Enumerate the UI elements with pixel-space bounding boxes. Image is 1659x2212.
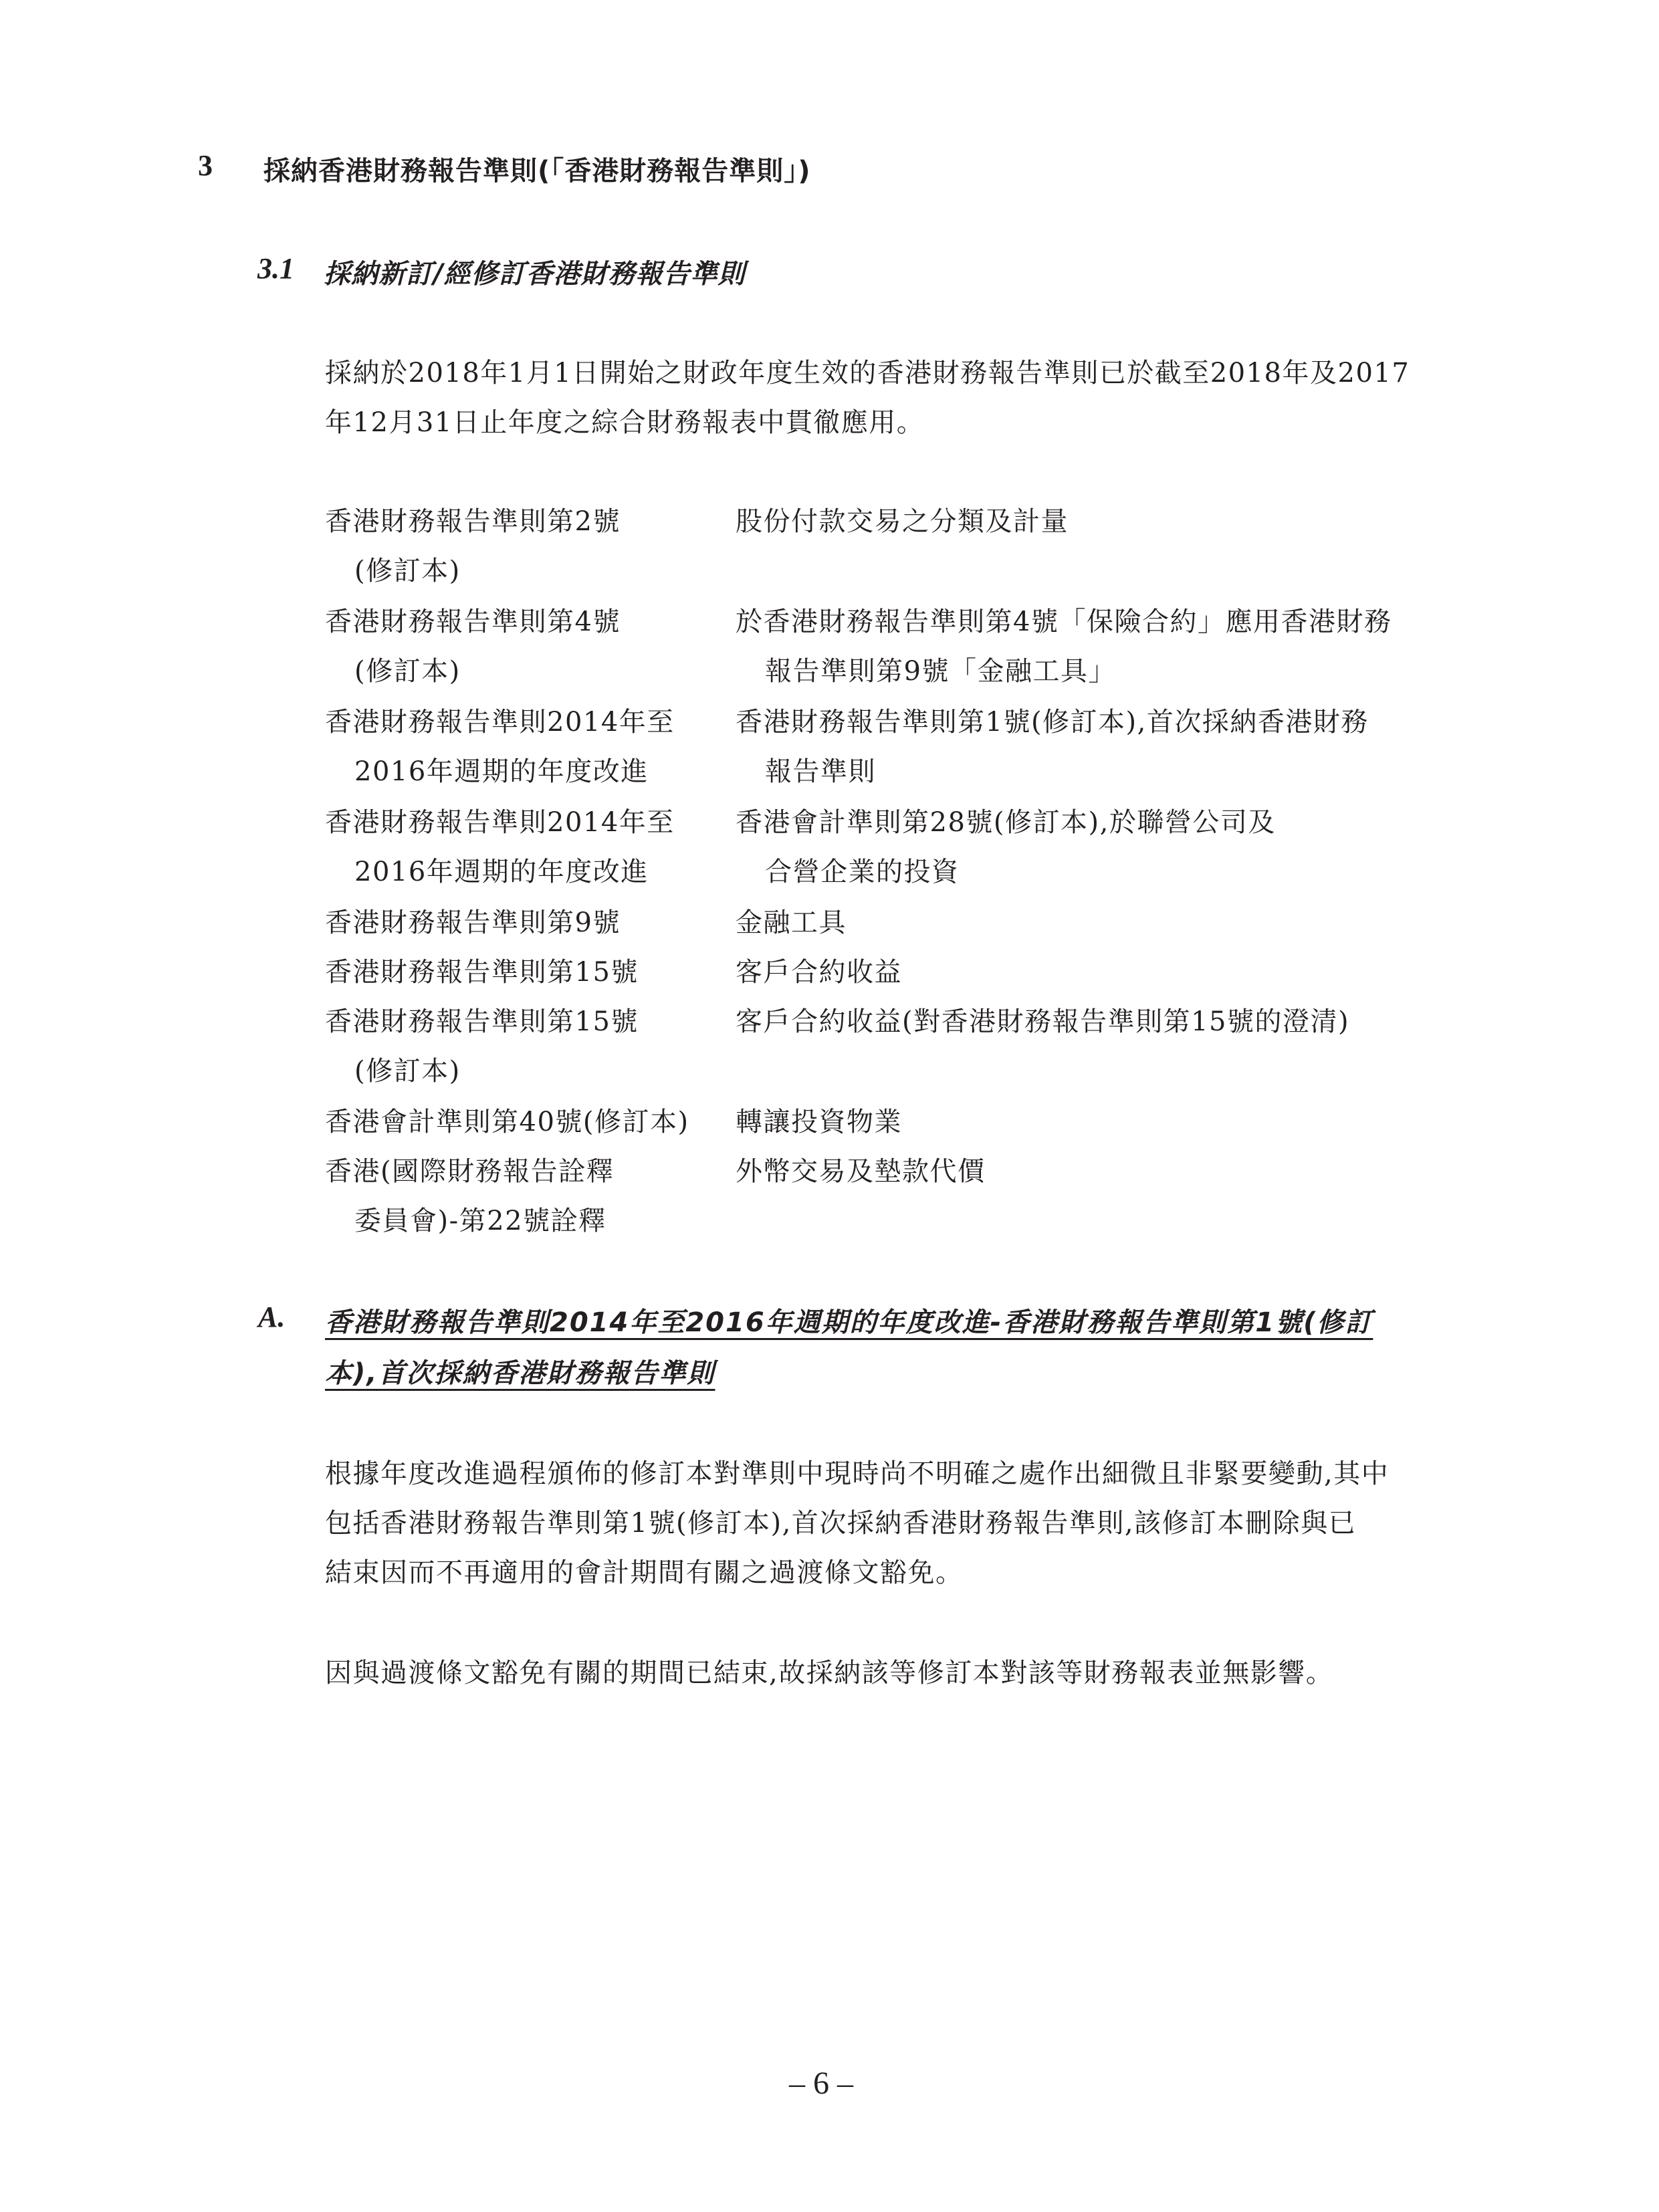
standard-description: 股份付款交易之分類及計量 xyxy=(736,500,1069,538)
table-row-continuation: 2016年週期的年度改進 報告準則 xyxy=(325,750,1462,801)
standard-name-cont: 委員會)-第22號詮釋 xyxy=(325,1200,606,1238)
table-row-continuation: (修訂本) 報告準則第9號「金融工具」 xyxy=(325,650,1462,701)
section-a-para1-line-3: 結束因而不再適用的會計期間有關之過渡條文豁免。 xyxy=(325,1551,964,1589)
standard-description: 轉讓投資物業 xyxy=(736,1101,902,1139)
standard-description-cont: 報告準則第9號「金融工具」 xyxy=(736,650,1116,688)
section-number: 3 xyxy=(198,148,213,183)
section-a-para2: 因與過渡條文豁免有關的期間已結束,故採納該等修訂本對該等財務報表並無影響。 xyxy=(325,1652,1333,1690)
section-a-title-line-1: 香港財務報告準則2014年至2016年週期的年度改進-香港財務報告準則第1號(修… xyxy=(325,1301,1373,1339)
table-row-continuation: 2016年週期的年度改進 合營企業的投資 xyxy=(325,851,1462,901)
subsection-number: 3.1 xyxy=(257,251,294,286)
table-row-continuation: (修訂本) xyxy=(325,1050,1462,1101)
table-row: 香港財務報告準則2014年至 香港會計準則第28號(修訂本),於聯營公司及 xyxy=(325,801,1462,852)
standard-description: 客戶合約收益 xyxy=(736,951,902,989)
standard-name: 香港會計準則第40號(修訂本) xyxy=(325,1101,689,1139)
standard-name: 香港(國際財務報告詮釋 xyxy=(325,1150,614,1188)
table-row: 香港財務報告準則第4號 於香港財務報告準則第4號「保險合約」應用香港財務 xyxy=(325,600,1462,651)
standard-name: 香港財務報告準則第9號 xyxy=(325,901,621,939)
standard-name: 香港財務報告準則2014年至 xyxy=(325,701,675,739)
standard-name-cont: (修訂本) xyxy=(325,550,461,588)
subsection-title: 採納新訂/經修訂香港財務報告準則 xyxy=(324,253,746,291)
table-row-continuation: 委員會)-第22號詮釋 xyxy=(325,1200,1462,1250)
standard-name-cont: 2016年週期的年度改進 xyxy=(325,851,649,889)
standard-name-cont: (修訂本) xyxy=(325,650,461,688)
table-row: 香港財務報告準則第15號 客戶合約收益(對香港財務報告準則第15號的澄清) xyxy=(325,1000,1462,1051)
standard-description: 客戶合約收益(對香港財務報告準則第15號的澄清) xyxy=(736,1000,1349,1038)
page-number: – 6 – xyxy=(789,2065,853,2102)
table-row: 香港財務報告準則第9號 金融工具 xyxy=(325,901,1462,952)
standard-description-cont: 合營企業的投資 xyxy=(736,851,960,889)
standard-description: 外幣交易及墊款代價 xyxy=(736,1150,986,1188)
standard-name: 香港財務報告準則第2號 xyxy=(325,500,621,538)
section-a-label: A. xyxy=(258,1300,285,1334)
standard-name: 香港財務報告準則第4號 xyxy=(325,600,621,639)
standard-name: 香港財務報告準則2014年至 xyxy=(325,801,675,839)
standard-description: 香港財務報告準則第1號(修訂本),首次採納香港財務 xyxy=(736,701,1369,739)
standard-name: 香港財務報告準則第15號 xyxy=(325,951,639,989)
table-row: 香港(國際財務報告詮釋 外幣交易及墊款代價 xyxy=(325,1150,1462,1201)
standard-description: 香港會計準則第28號(修訂本),於聯營公司及 xyxy=(736,801,1276,839)
standard-description: 金融工具 xyxy=(736,901,847,939)
table-row: 香港財務報告準則第15號 客戶合約收益 xyxy=(325,951,1462,1002)
section-a-para1-line-2: 包括香港財務報告準則第1號(修訂本),首次採納香港財務報告準則,該修訂本刪除與已 xyxy=(325,1502,1356,1540)
section-title: 採納香港財務報告準則(「香港財務報告準則」) xyxy=(263,150,811,188)
table-row: 香港會計準則第40號(修訂本) 轉讓投資物業 xyxy=(325,1101,1462,1151)
section-a-para1-line-1: 根據年度改進過程頒佈的修訂本對準則中現時尚不明確之處作出細微且非緊要變動,其中 xyxy=(325,1452,1389,1490)
table-row-continuation: (修訂本) xyxy=(325,550,1462,600)
standard-name: 香港財務報告準則第15號 xyxy=(325,1000,639,1038)
standard-description: 於香港財務報告準則第4號「保險合約」應用香港財務 xyxy=(736,600,1392,639)
standard-name-cont: 2016年週期的年度改進 xyxy=(325,750,649,788)
intro-line-2: 年12月31日止年度之綜合財務報表中貫徹應用。 xyxy=(325,401,924,439)
standard-name-cont: (修訂本) xyxy=(325,1050,461,1088)
standard-description-cont: 報告準則 xyxy=(736,750,876,788)
intro-line-1: 採納於2018年1月1日開始之財政年度生效的香港財務報告準則已於截至2018年及… xyxy=(325,352,1410,390)
table-row: 香港財務報告準則第2號 股份付款交易之分類及計量 xyxy=(325,500,1462,551)
section-a-title-line-2: 本),首次採納香港財務報告準則 xyxy=(325,1352,715,1390)
table-row: 香港財務報告準則2014年至 香港財務報告準則第1號(修訂本),首次採納香港財務 xyxy=(325,701,1462,752)
